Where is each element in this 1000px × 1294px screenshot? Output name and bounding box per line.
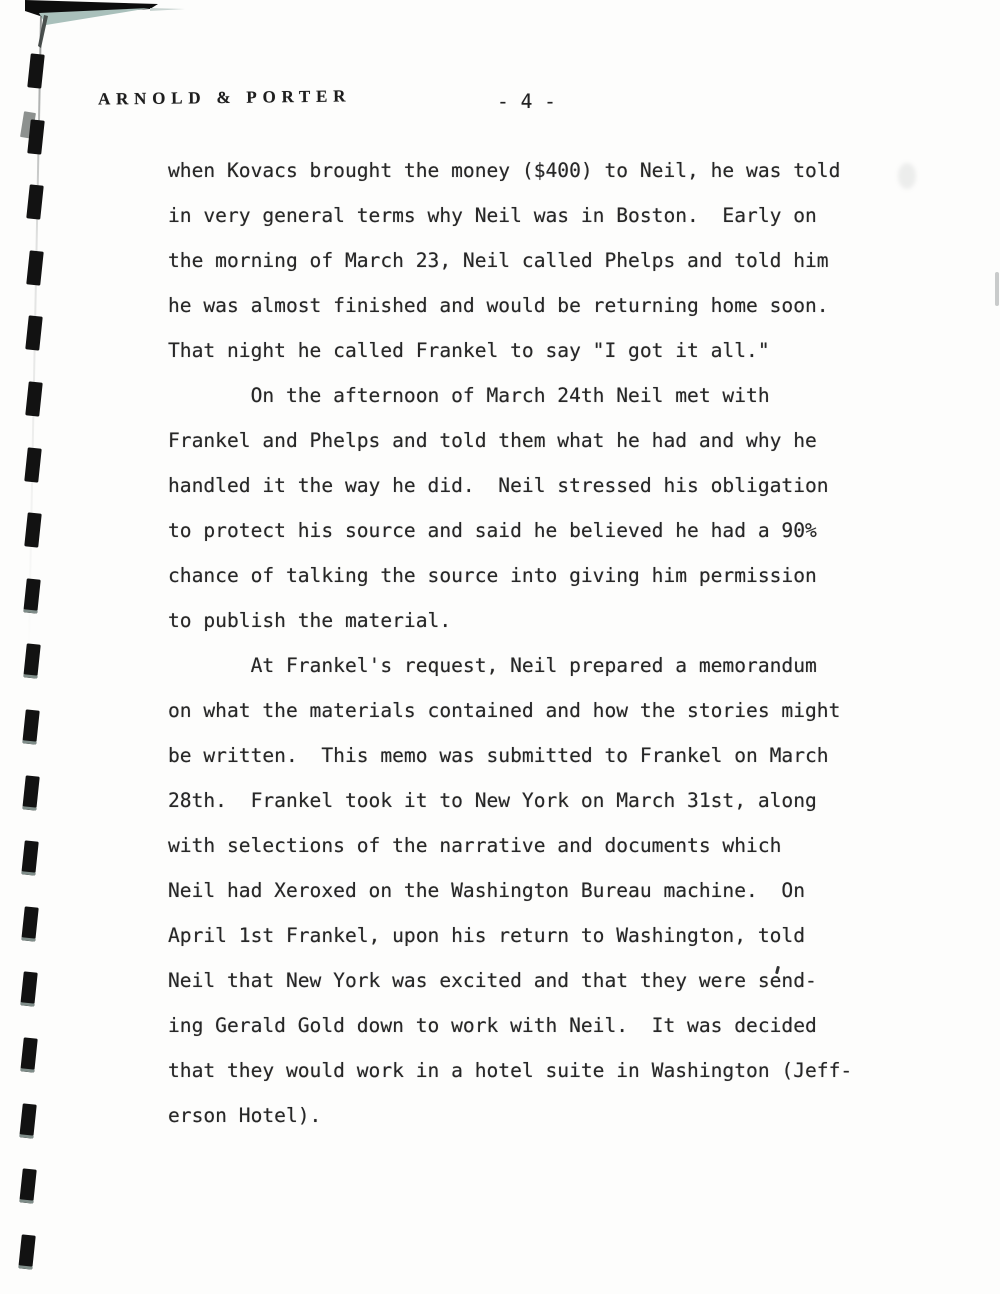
text-line: April 1st Frankel, upon his return to Wa… — [168, 913, 908, 958]
binding-hole-mark — [27, 53, 44, 88]
binding-hole-mark — [26, 250, 43, 285]
text-line: ing Gerald Gold down to work with Neil. … — [168, 1003, 908, 1048]
text-line: On the afternoon of March 24th Neil met … — [168, 373, 908, 418]
text-line: to protect his source and said he believ… — [168, 508, 908, 553]
text-line: erson Hotel). — [168, 1093, 908, 1138]
binding-hole-mark — [23, 578, 40, 613]
text-line: That night he called Frankel to say "I g… — [168, 328, 908, 373]
text-line: Neil had Xeroxed on the Washington Burea… — [168, 868, 908, 913]
text-line: Neil that New York was excited and that … — [168, 958, 908, 1003]
letterhead-firm-name: ARNOLD & PORTER — [98, 86, 352, 109]
text-line: he was almost finished and would be retu… — [168, 283, 908, 328]
text-line: with selections of the narrative and doc… — [168, 823, 908, 868]
binding-hole-mark — [23, 644, 40, 679]
text-line: Frankel and Phelps and told them what he… — [168, 418, 908, 463]
paragraph: At Frankel's request, Neil prepared a me… — [168, 643, 908, 1138]
binding-hole-mark — [22, 775, 39, 810]
paragraph: when Kovacs brought the money ($400) to … — [168, 148, 908, 373]
text-line: chance of talking the source into giving… — [168, 553, 908, 598]
text-line: 28th. Frankel took it to New York on Mar… — [168, 778, 908, 823]
binding-hole-mark — [21, 906, 38, 941]
binding-hole-mark — [18, 1234, 35, 1269]
binding-hole-mark — [24, 513, 41, 548]
binding-hole-mark — [22, 709, 39, 744]
scan-smudge — [995, 272, 999, 306]
binding-hole-mark — [21, 841, 38, 876]
scan-smudge — [898, 163, 916, 189]
binding-hole-mark — [19, 1103, 36, 1138]
binding-rail — [0, 0, 60, 1294]
page-number: - 4 - — [497, 90, 556, 113]
scanned-document-page: ARNOLD & PORTER - 4 - when Kovacs brough… — [0, 0, 1000, 1294]
text-line: on what the materials contained and how … — [168, 688, 908, 733]
text-line: the morning of March 23, Neil called Phe… — [168, 238, 908, 283]
document-body: when Kovacs brought the money ($400) to … — [168, 148, 908, 1138]
text-line: when Kovacs brought the money ($400) to … — [168, 148, 908, 193]
text-line: that they would work in a hotel suite in… — [168, 1048, 908, 1093]
binding-hole-mark — [25, 381, 42, 416]
binding-hole-mark — [24, 447, 41, 482]
text-line: in very general terms why Neil was in Bo… — [168, 193, 908, 238]
binding-hole-mark — [20, 1037, 37, 1072]
text-line: be written. This memo was submitted to F… — [168, 733, 908, 778]
binding-hole-mark — [27, 119, 44, 154]
paragraph: On the afternoon of March 24th Neil met … — [168, 373, 908, 643]
binding-hole-mark — [26, 185, 43, 220]
text-line: to publish the material. — [168, 598, 908, 643]
text-line: handled it the way he did. Neil stressed… — [168, 463, 908, 508]
text-line: At Frankel's request, Neil prepared a me… — [168, 643, 908, 688]
binding-hole-mark — [19, 1169, 36, 1204]
binding-hole-mark — [20, 972, 37, 1007]
binding-hole-mark — [25, 316, 42, 351]
